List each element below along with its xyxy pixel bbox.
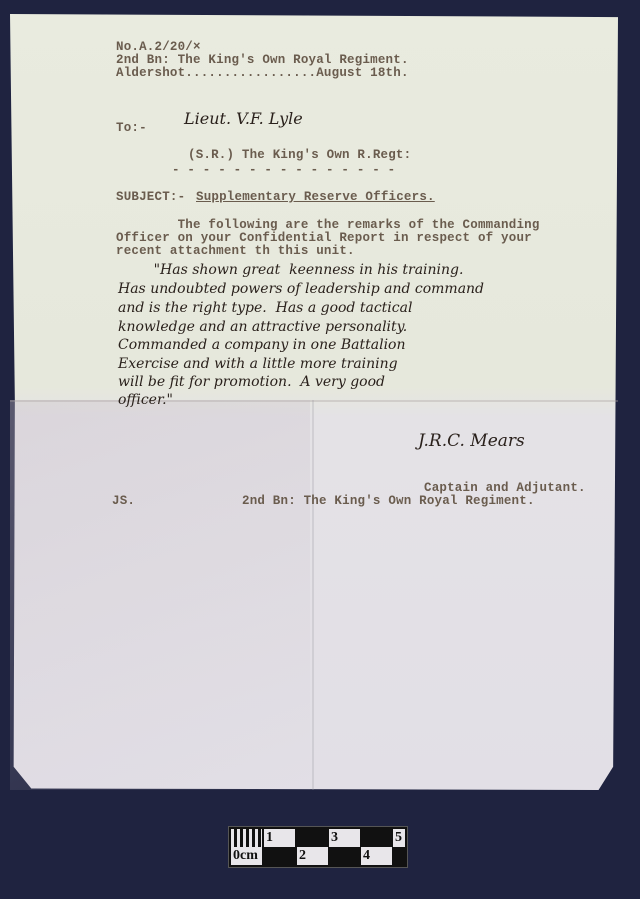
remark-line-8: officer." <box>118 391 173 410</box>
remark-line-4: knowledge and an attractive personality. <box>118 318 407 337</box>
header-unit: 2nd Bn: The King's Own Royal Regiment. <box>116 53 409 67</box>
intro-line-1: The following are the remarks of the Com… <box>116 218 540 232</box>
remark-line-7: will be fit for promotion. A very good <box>118 373 385 392</box>
scale-label-1: 1 <box>264 829 295 847</box>
signature: J.R.C. Mears <box>418 432 525 451</box>
recipient-unit: (S.R.) The King's Own R.Regt: <box>188 148 411 162</box>
remark-line-6: Exercise and with a little more training <box>118 355 398 374</box>
scale-block <box>361 829 392 847</box>
scale-block <box>297 829 328 847</box>
remark-line-5: Commanded a company in one Battalion <box>118 336 406 355</box>
fold-line-horizontal <box>10 400 618 402</box>
scale-ticks <box>231 829 262 847</box>
remark-line-1: "Has shown great keenness in his trainin… <box>118 261 463 280</box>
scale-label-4: 4 <box>361 847 392 865</box>
to-label: To:- <box>116 121 147 135</box>
intro-line-3: recent attachment th this unit. <box>116 244 355 258</box>
scale-label-3: 3 <box>329 829 360 847</box>
scale-label-0: 0cm <box>231 847 262 865</box>
recipient-rule: - - - - - - - - - - - - - - - <box>172 163 395 177</box>
fold-line-vertical <box>312 400 314 790</box>
remark-line-2: Has undoubted powers of leadership and c… <box>118 280 484 299</box>
paper-shadow <box>10 400 310 790</box>
intro-line-2: Officer on your Confidential Report in r… <box>116 231 532 245</box>
scale-block <box>329 847 360 865</box>
signatory-title: Captain and Adjutant. <box>424 481 586 495</box>
place-date: Aldershot.................August 18th. <box>116 66 409 80</box>
subject-text: Supplementary Reserve Officers. <box>196 190 435 204</box>
recipient-name: Lieut. V.F. Lyle <box>184 110 303 129</box>
signatory-unit: 2nd Bn: The King's Own Royal Regiment. <box>242 494 535 508</box>
reference-number: No.A.2/20/× <box>116 40 201 54</box>
typist-initials: JS. <box>112 494 135 508</box>
scale-block <box>264 847 295 865</box>
scale-bar: 0cm 1 2 3 4 5 <box>228 826 408 868</box>
subject-label: SUBJECT:- <box>116 190 185 204</box>
remark-line-3: and is the right type. Has a good tactic… <box>118 299 412 318</box>
scale-label-5: 5 <box>393 829 405 847</box>
scale-label-2: 2 <box>297 847 328 865</box>
